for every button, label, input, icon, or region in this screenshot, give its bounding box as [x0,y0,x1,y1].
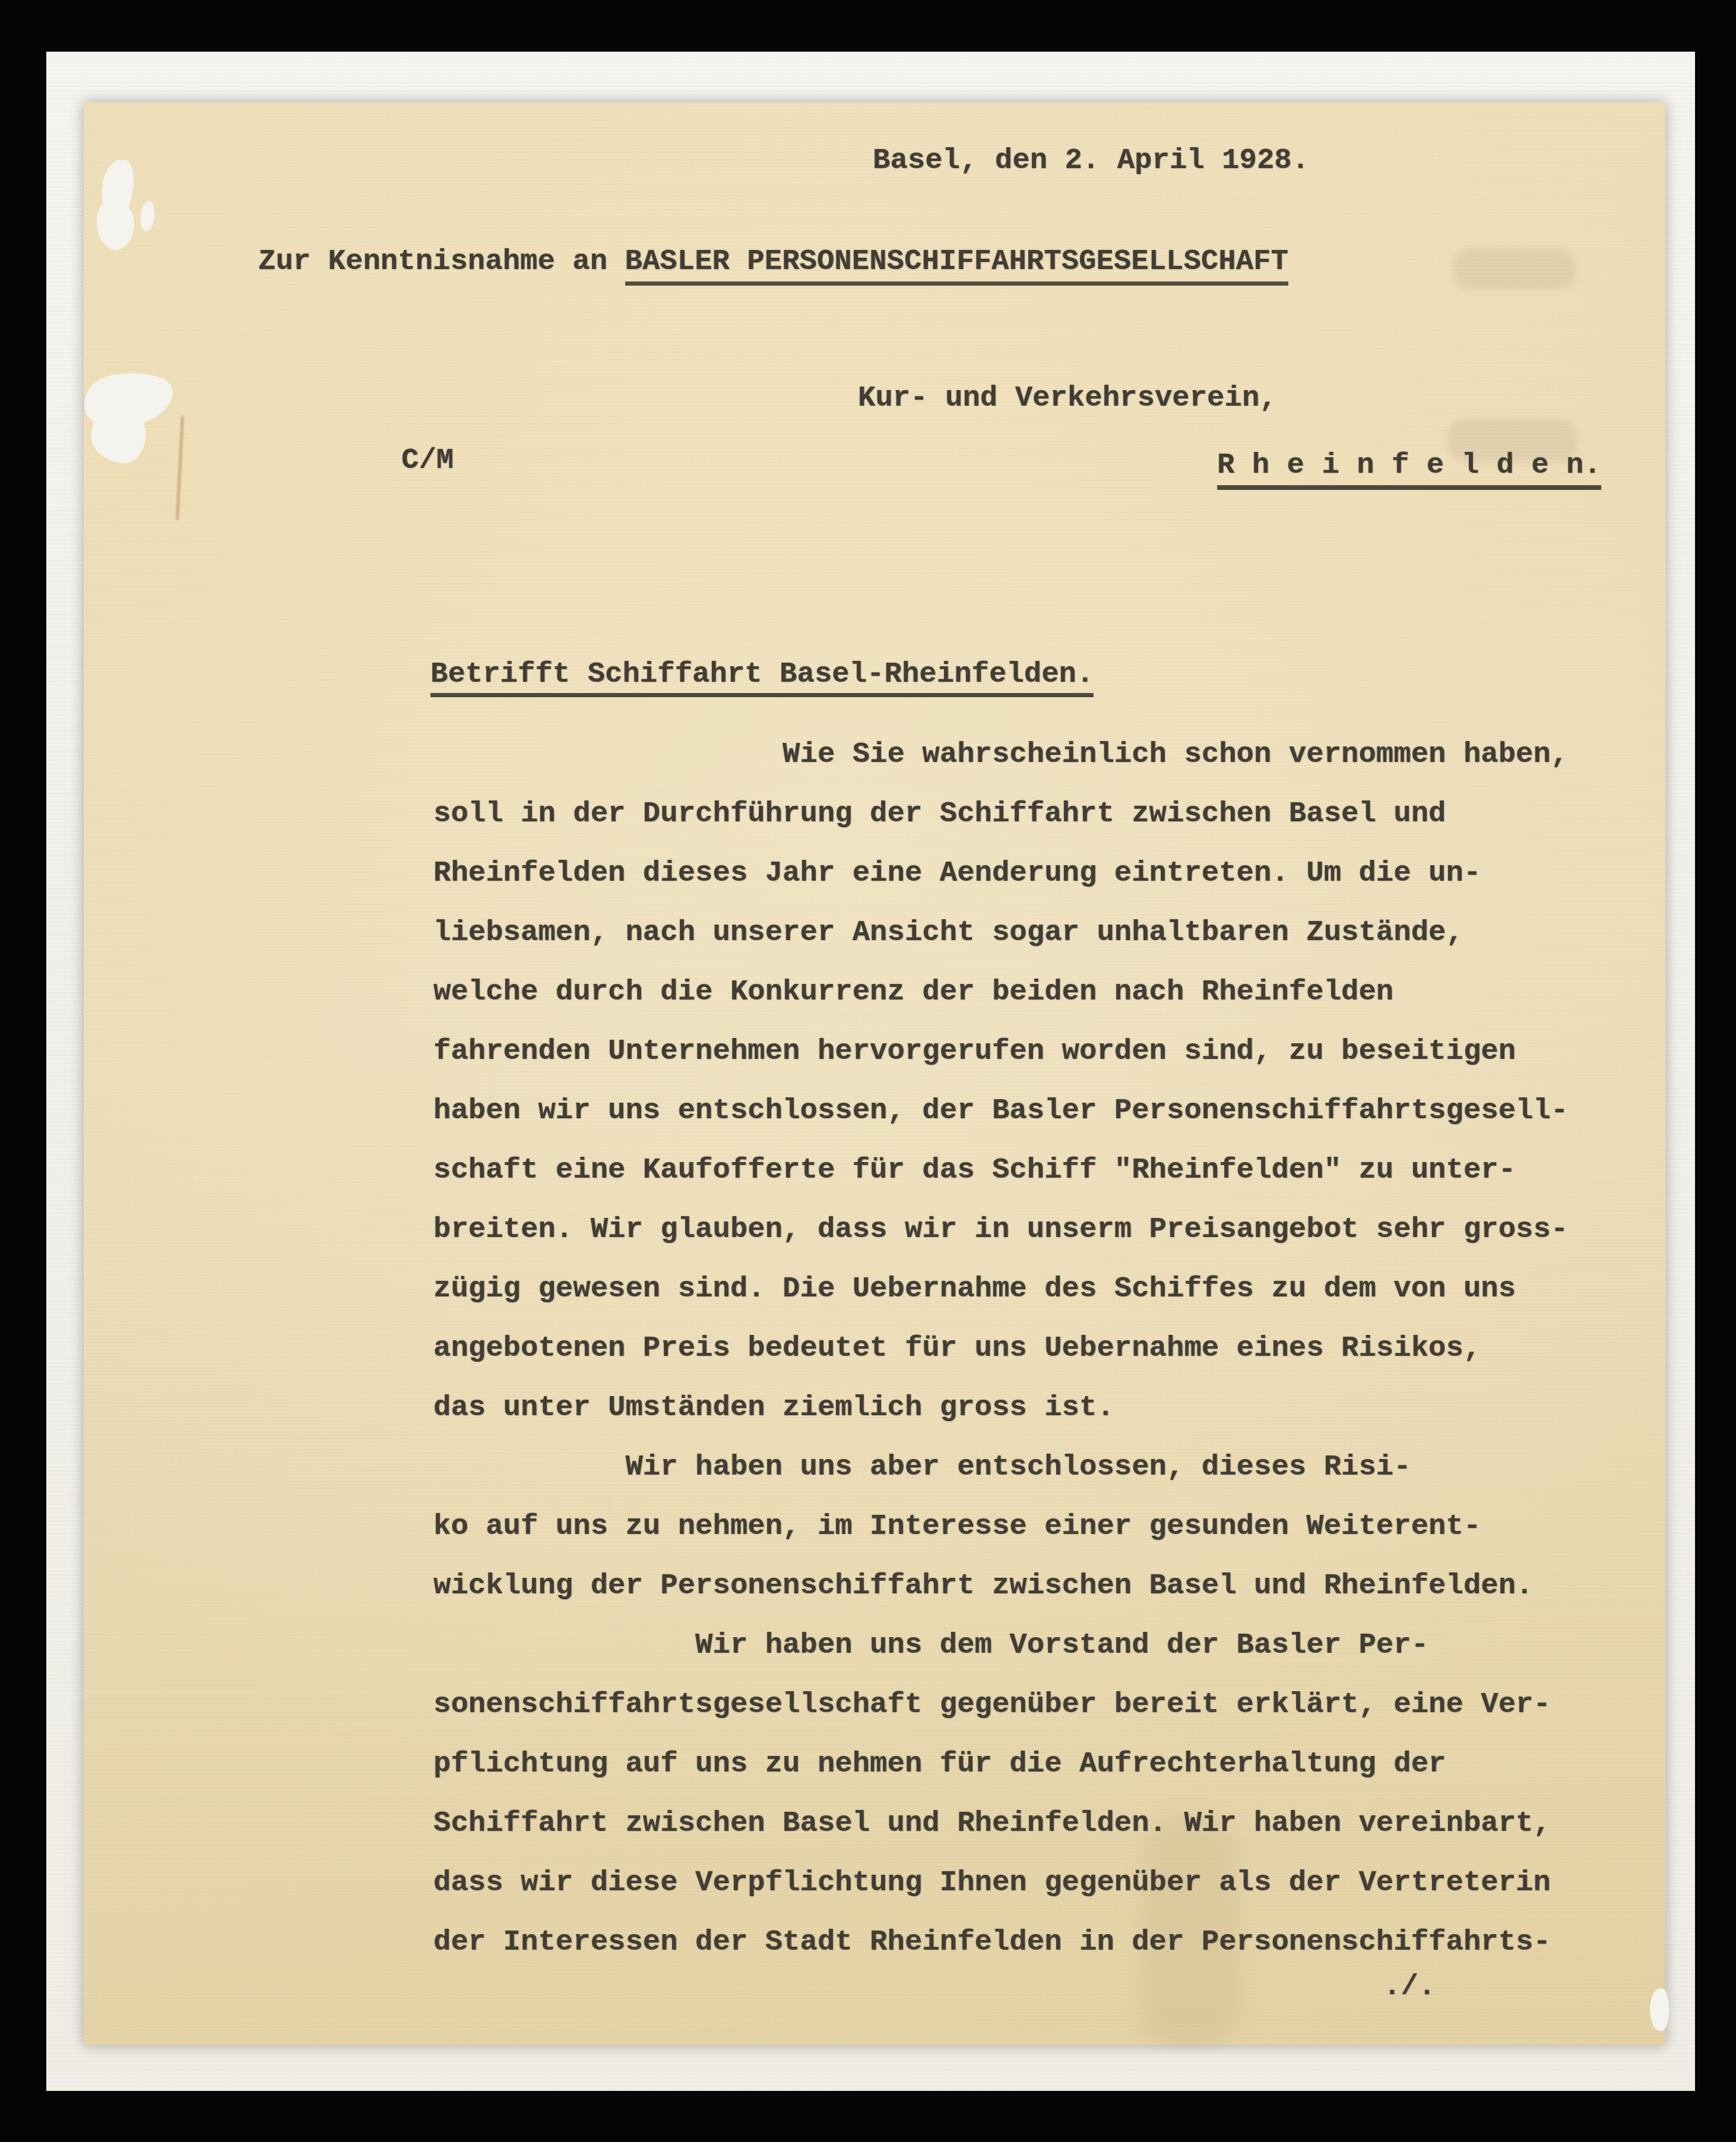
body-line: fahrenden Unternehmen hervorgerufen word… [433,1021,1568,1081]
body-line: Rheinfelden dieses Jahr eine Aenderung e… [433,843,1568,903]
distribution-prefix: Zur Kenntnisnahme an [258,245,625,278]
torn-edge-notch [1650,1988,1669,2031]
body-line: schaft eine Kaufofferte für das Schiff "… [433,1140,1568,1200]
body-line: welche durch die Konkurrenz der beiden n… [433,962,1568,1021]
body-line: Wir haben uns dem Vorstand der Basler Pe… [433,1615,1568,1675]
body-line: angebotenen Preis bedeutet für uns Ueber… [433,1318,1568,1378]
continuation-mark: ./. [1383,1972,1436,2001]
date-line: Basel, den 2. April 1928. [873,146,1309,175]
body-line: der Interessen der Stadt Rheinfelden in … [433,1912,1568,1972]
body-line: breiten. Wir glauben, dass wir in unserm… [433,1200,1568,1259]
body-line: Wie Sie wahrscheinlich schon vernommen h… [433,724,1568,784]
body-line: Wir haben uns aber entschlossen, dieses … [433,1437,1568,1496]
body-line: Schiffahrt zwischen Basel und Rheinfelde… [433,1793,1568,1853]
body-line: soll in der Durchführung der Schiffahrt … [433,784,1568,843]
body-line: ko auf uns zu nehmen, im Interesse einer… [433,1496,1568,1556]
distribution-line: Zur Kenntnisnahme an BASLER PERSONENSCHI… [258,247,1288,276]
body-line: wicklung der Personenschiffahrt zwischen… [433,1556,1568,1615]
body-line: zügig gewesen sind. Die Uebernahme des S… [433,1259,1568,1318]
recipient-city: R h e i n f e l d e n. [1217,451,1601,490]
letter-body: Wie Sie wahrscheinlich schon vernommen h… [433,724,1568,1972]
ghost-smudge [1453,248,1575,290]
distribution-recipient: BASLER PERSONENSCHIFFAHRTSGESELLSCHAFT [625,245,1288,286]
body-line: liebsamen, nach unserer Ansicht sogar un… [433,903,1568,962]
body-line: haben wir uns entschlossen, der Basler P… [433,1081,1568,1140]
recipient-org: Kur- und Verkehrsverein, [858,384,1277,413]
scan-frame: Basel, den 2. April 1928. Zur Kenntnisna… [0,0,1736,2142]
body-line: pflichtung auf uns zu nehmen für die Auf… [433,1734,1568,1793]
body-line: sonenschiffahrtsgesellschaft gegenüber b… [433,1675,1568,1734]
subject-line: Betrifft Schiffahrt Basel-Rheinfelden. [430,660,1094,697]
body-line: dass wir diese Verpflichtung Ihnen gegen… [433,1853,1568,1912]
reference-initials: C/M [401,446,454,475]
body-line: das unter Umständen ziemlich gross ist. [433,1378,1568,1437]
